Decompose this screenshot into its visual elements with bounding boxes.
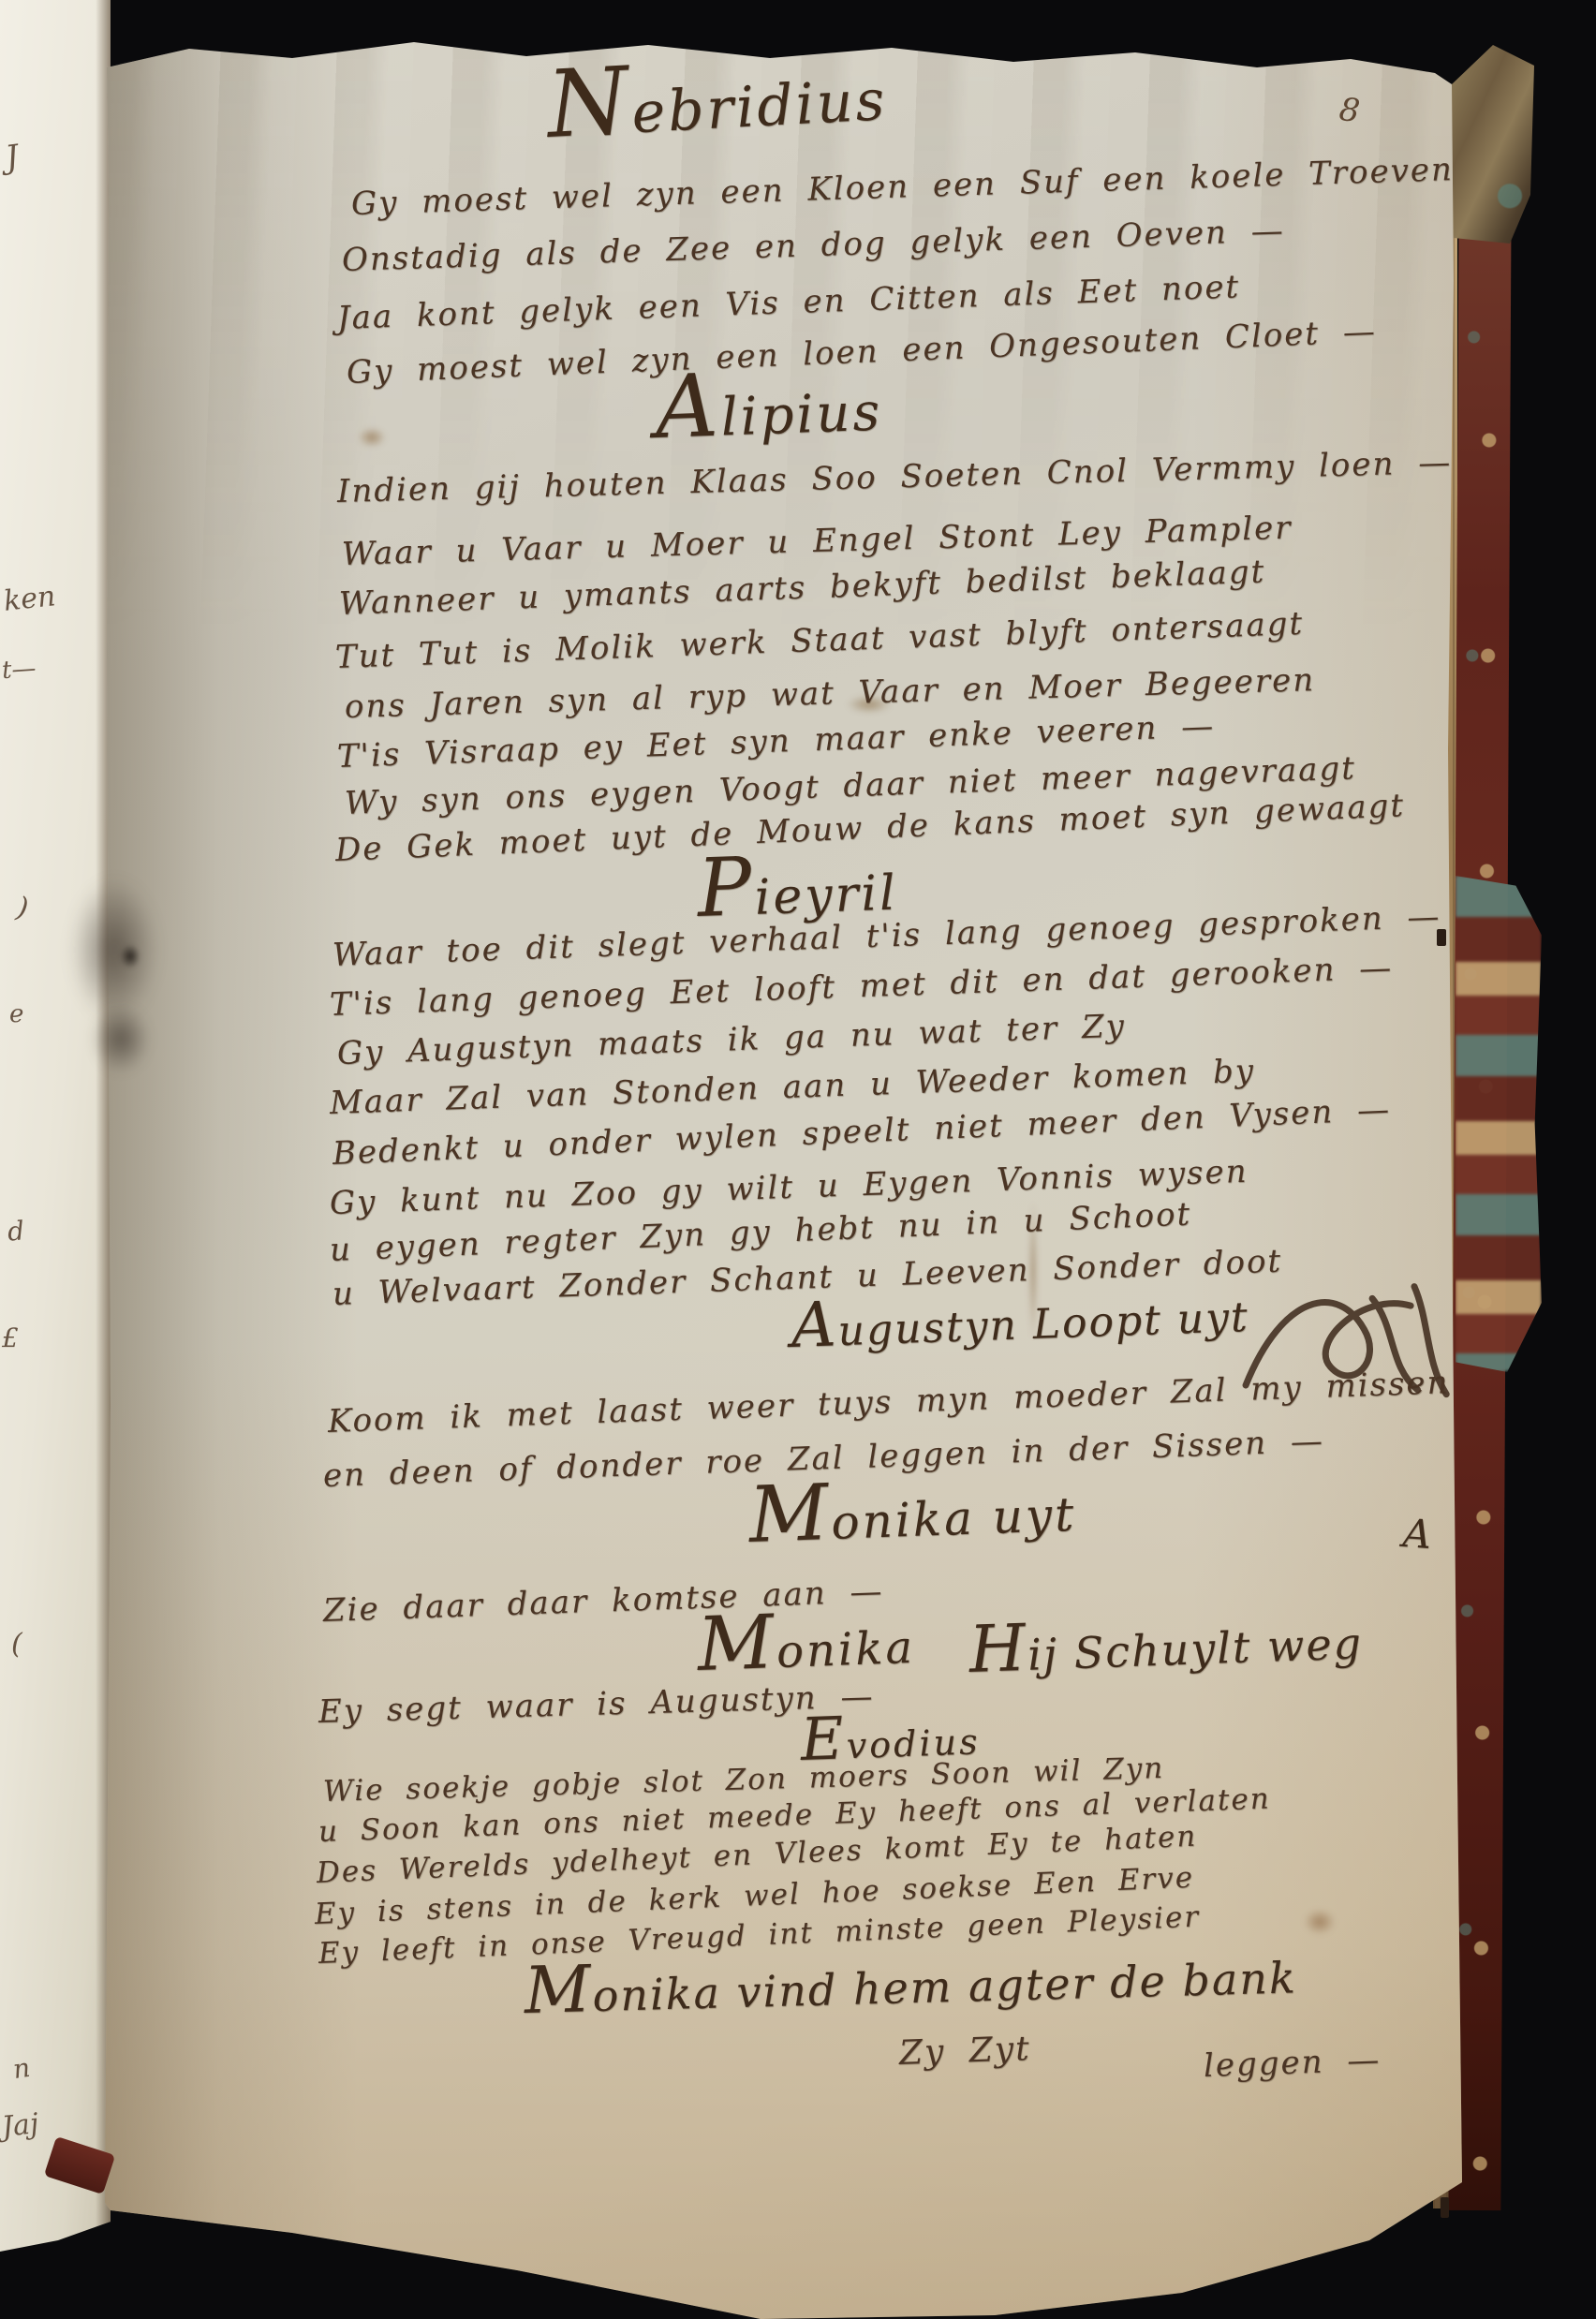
margin-fragment: n xyxy=(11,2052,32,2085)
catchword: leggen — xyxy=(1203,2041,1382,2085)
stage-note: Zy Zyt xyxy=(898,2030,1031,2073)
margin-fragment: ken xyxy=(2,580,57,618)
margin-fragment: d xyxy=(7,1215,26,1247)
margin-fragment: ) xyxy=(14,891,31,925)
manuscript-photo: J ken t— ) e d £ ( n Jaj 8 Nebridius Gy … xyxy=(0,0,1596,2319)
edge-fleck xyxy=(1441,2197,1449,2218)
margin-fragment: ( xyxy=(11,1628,22,1661)
marbled-fore-edge xyxy=(1456,876,1542,1372)
margin-fragment: £ xyxy=(2,1322,19,1353)
left-page-edge: J ken t— ) e d £ ( n Jaj xyxy=(0,0,111,2319)
stage-direction: Monika uyt xyxy=(748,1485,1077,1553)
margin-mark: A xyxy=(1401,1510,1433,1558)
margin-fragment: Jaj xyxy=(0,2107,40,2144)
margin-fragment: J xyxy=(3,138,21,177)
speaker-heading: Alipius xyxy=(655,378,883,451)
margin-fragment: t— xyxy=(1,655,37,685)
speaker-heading: Monika xyxy=(697,1618,916,1681)
cover-corner xyxy=(1444,45,1538,246)
margin-fragment: e xyxy=(9,1000,23,1028)
